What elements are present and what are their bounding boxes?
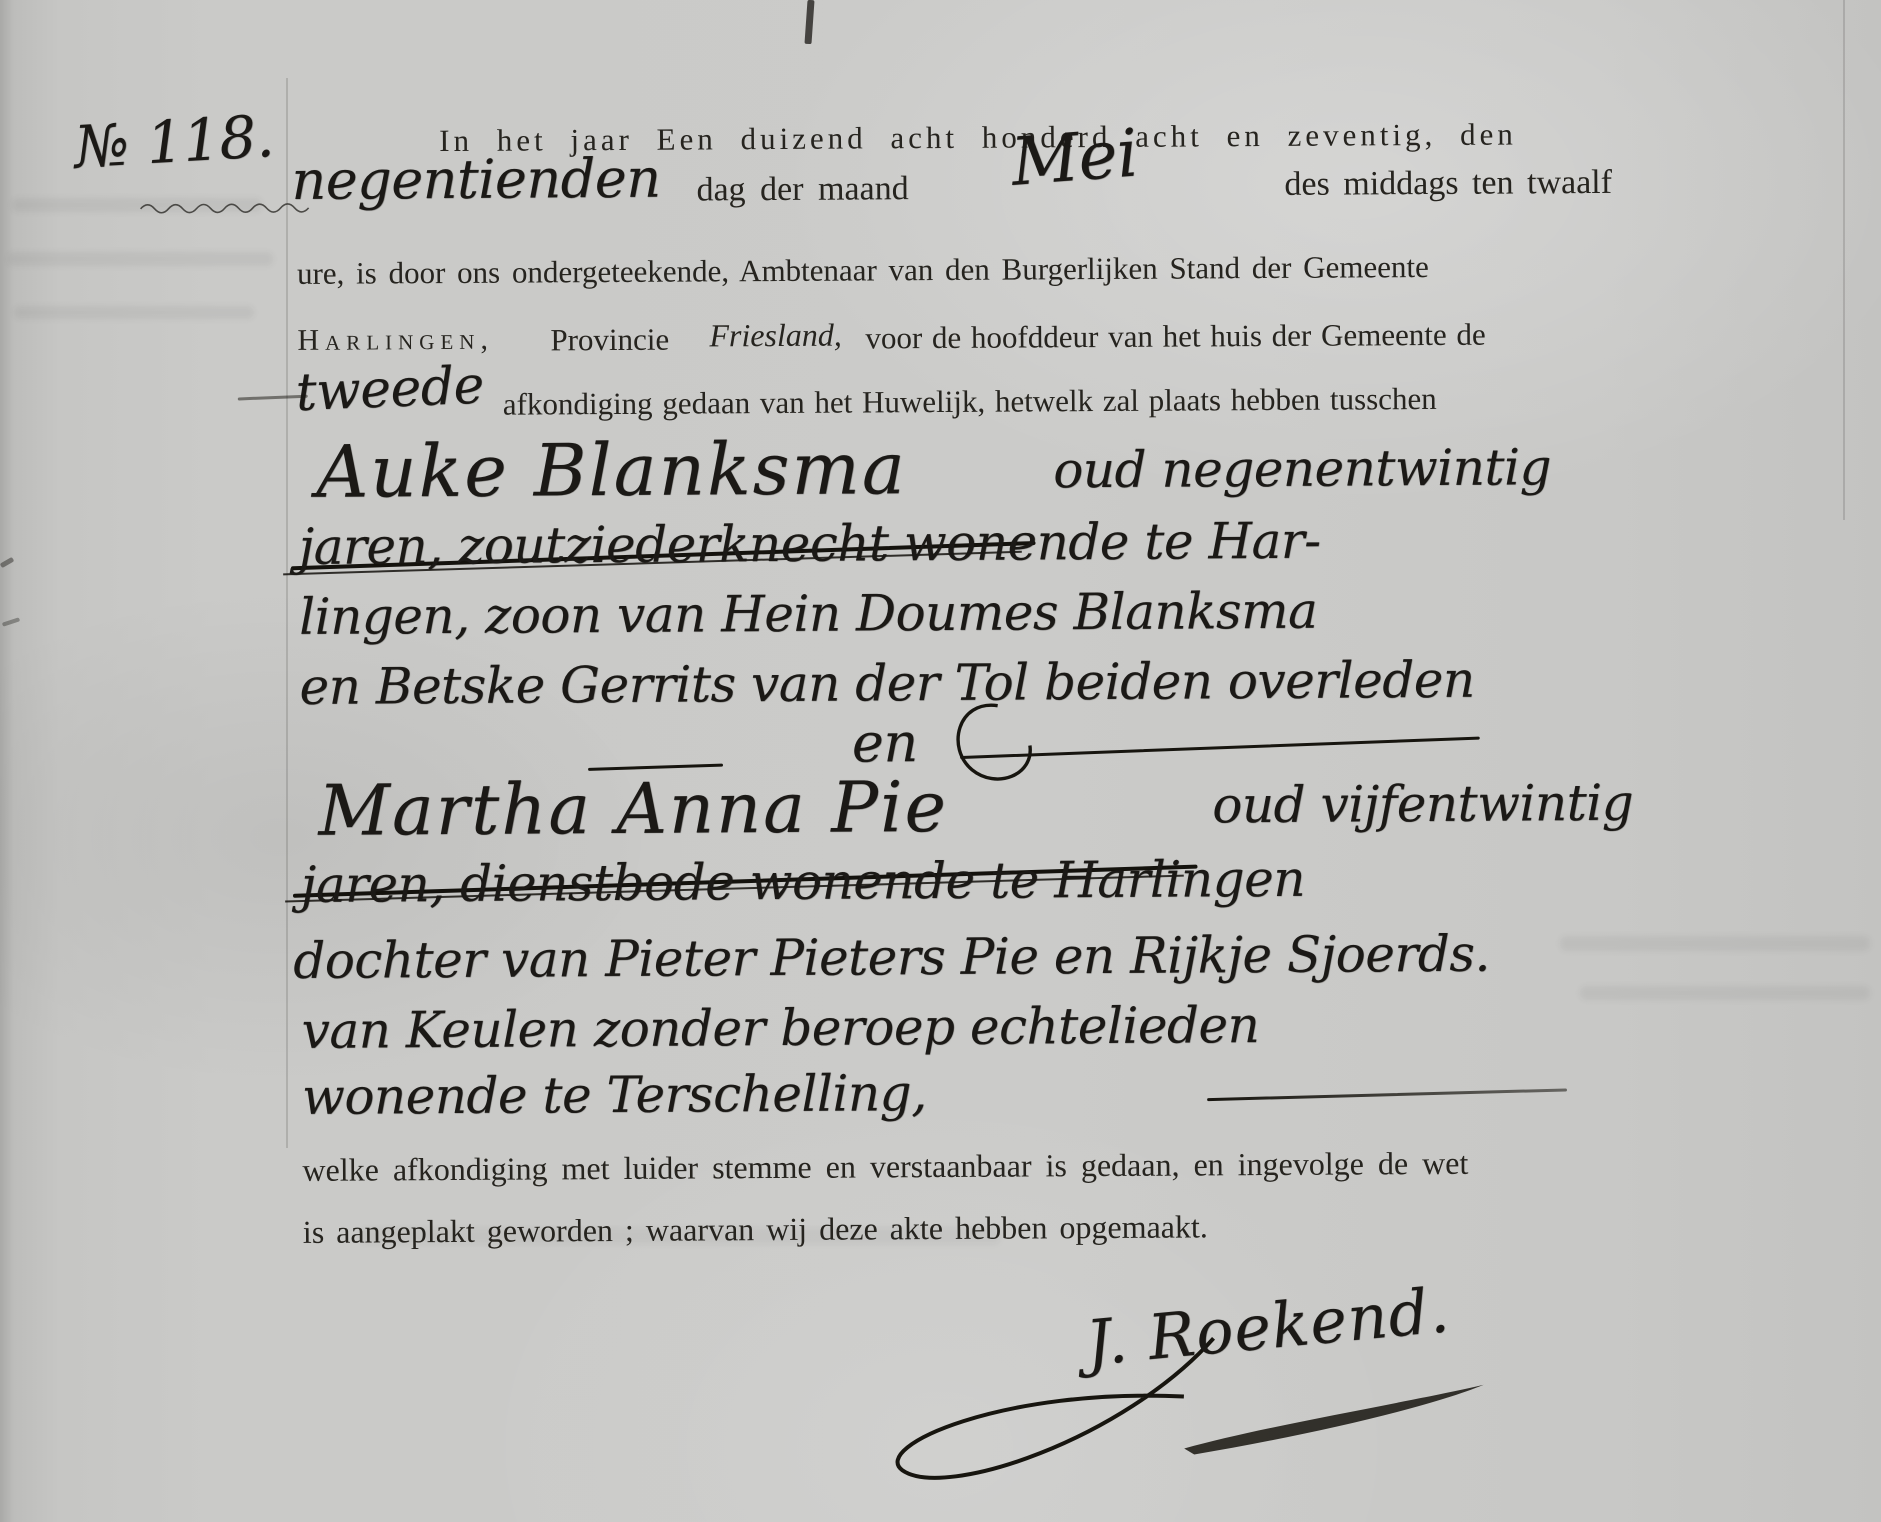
bride-line-residence: wonende te Terschelling, xyxy=(302,1068,927,1122)
printed-des-middags: des middags ten twaalf xyxy=(1284,166,1612,202)
printed-province-name: Friesland, xyxy=(709,319,842,352)
handwritten-month: Mei xyxy=(1009,120,1140,195)
groom-line-parents2: en Betske Gerrits van der Tol beiden ove… xyxy=(299,655,1474,712)
record-number: № 118. xyxy=(73,107,276,177)
handwritten-day: negentienden xyxy=(291,152,660,208)
document-page: № 118. In het jaar Een duizend acht hond… xyxy=(0,0,1881,1522)
connector-en: en xyxy=(852,716,918,770)
handwritten-ordinal: tweede xyxy=(295,360,485,420)
bride-line-parents2: van Keulen zonder beroep echtelieden xyxy=(301,1000,1259,1056)
groom-name: Auke Blanksma xyxy=(316,432,907,508)
printed-provincie: Provincie xyxy=(550,324,669,356)
groom-line-parents: lingen, zoon van Hein Doumes Blanksma xyxy=(299,586,1318,642)
printed-line-ambtenaar: ure, is door ons ondergeteekende, Ambten… xyxy=(297,251,1429,289)
groom-age: oud negenentwintig xyxy=(1053,442,1551,495)
printed-closing1: welke afkondiging met luider stemme en v… xyxy=(302,1147,1468,1186)
printed-afkondiging: afkondiging gedaan van het Huwelijk, het… xyxy=(503,383,1437,420)
bride-line-parents: dochter van Pieter Pieters Pie en Rijkje… xyxy=(293,929,1490,986)
filler-stroke xyxy=(1207,1088,1567,1101)
bride-line-occupation: jaren, dienstbode wonende te Harlingen xyxy=(301,854,1305,910)
bride-age: oud vijfentwintig xyxy=(1212,778,1633,831)
document-content: № 118. In het jaar Een duizend acht hond… xyxy=(0,0,1881,1522)
printed-closing2: is aangeplakt geworden ; waarvan wij dez… xyxy=(303,1210,1208,1248)
bride-name: Martha Anna Pie xyxy=(318,772,948,846)
printed-dag-der-maand: dag der maand xyxy=(696,172,908,207)
printed-hoofddeur: voor de hoofddeur van het huis der Gemee… xyxy=(865,319,1485,354)
printed-municipality: Harlingen, xyxy=(297,325,494,356)
groom-line-occupation: jaren, zoutziederknecht wonende te Har- xyxy=(299,516,1321,572)
